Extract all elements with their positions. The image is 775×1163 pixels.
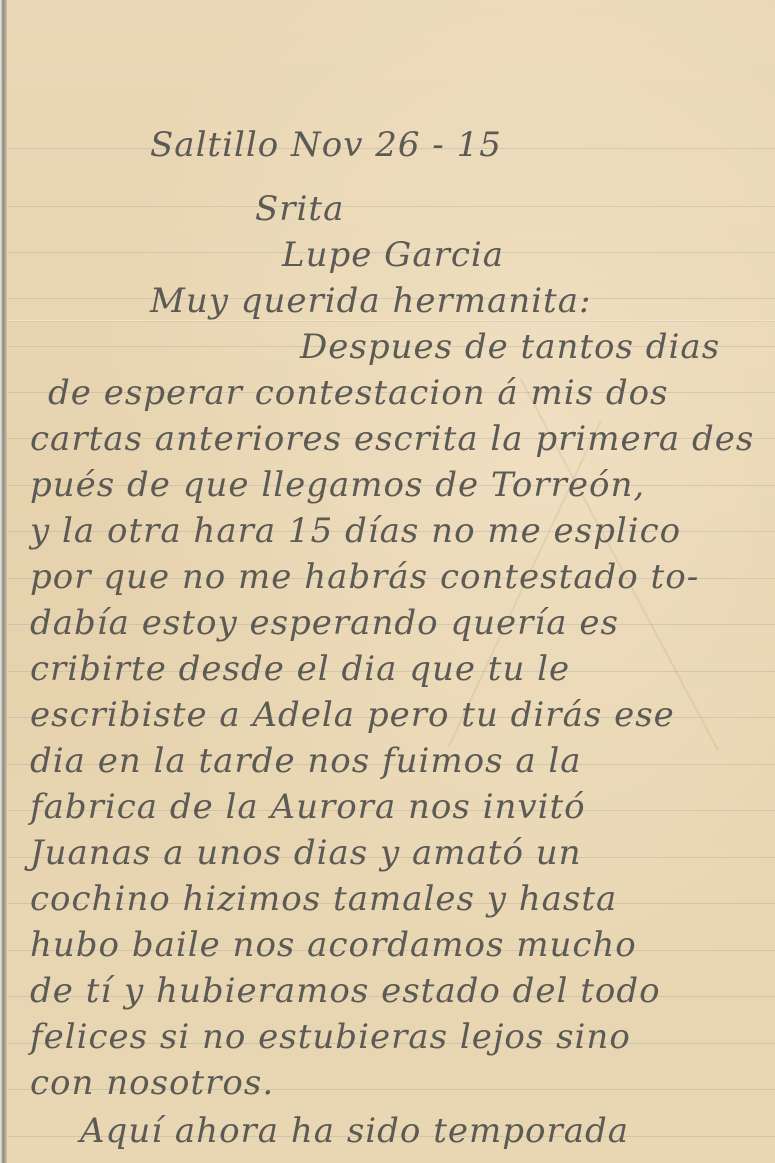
body-line: Despues de tantos dias (300, 330, 720, 364)
body-line: pués de que llegamos de Torreón, (30, 468, 645, 502)
place-date: Saltillo Nov 26 - 15 (150, 128, 502, 162)
body-line: escribiste a Adela pero tu dirás ese (30, 698, 675, 732)
body-line: cartas anteriores escrita la primera des (30, 422, 754, 456)
scan-edge (0, 0, 7, 1163)
body-line: dia en la tarde nos fuimos a la (30, 744, 582, 778)
ruled-line (8, 206, 775, 207)
body-line: felices si no estubieras lejos sino (30, 1020, 631, 1054)
recipient-name: Lupe Garcia (282, 238, 504, 272)
body-line: cochino hizimos tamales y hasta (30, 882, 617, 916)
body-line: de esperar contestacion á mis dos (48, 376, 669, 410)
body-line: con nosotros. (30, 1066, 274, 1100)
body-line: dabía estoy esperando quería es (30, 606, 619, 640)
body-line: por que no me habrás contestado to- (30, 560, 699, 594)
body-line: de tí y hubieramos estado del todo (30, 974, 661, 1008)
body-line: hubo baile nos acordamos mucho (30, 928, 637, 962)
letter-page: Saltillo Nov 26 - 15 Srita Lupe Garcia M… (0, 0, 775, 1163)
body-line: fabrica de la Aurora nos invitó (30, 790, 586, 824)
body-line: cribirte desde el dia que tu le (30, 652, 570, 686)
body-line: Juanas a unos dias y amató un (30, 836, 582, 870)
greeting: Muy querida hermanita: (150, 284, 591, 318)
recipient-title: Srita (255, 192, 344, 226)
body-line: y la otra hara 15 días no me esplico (30, 514, 681, 548)
body-line: Aquí ahora ha sido temporada (80, 1114, 629, 1148)
